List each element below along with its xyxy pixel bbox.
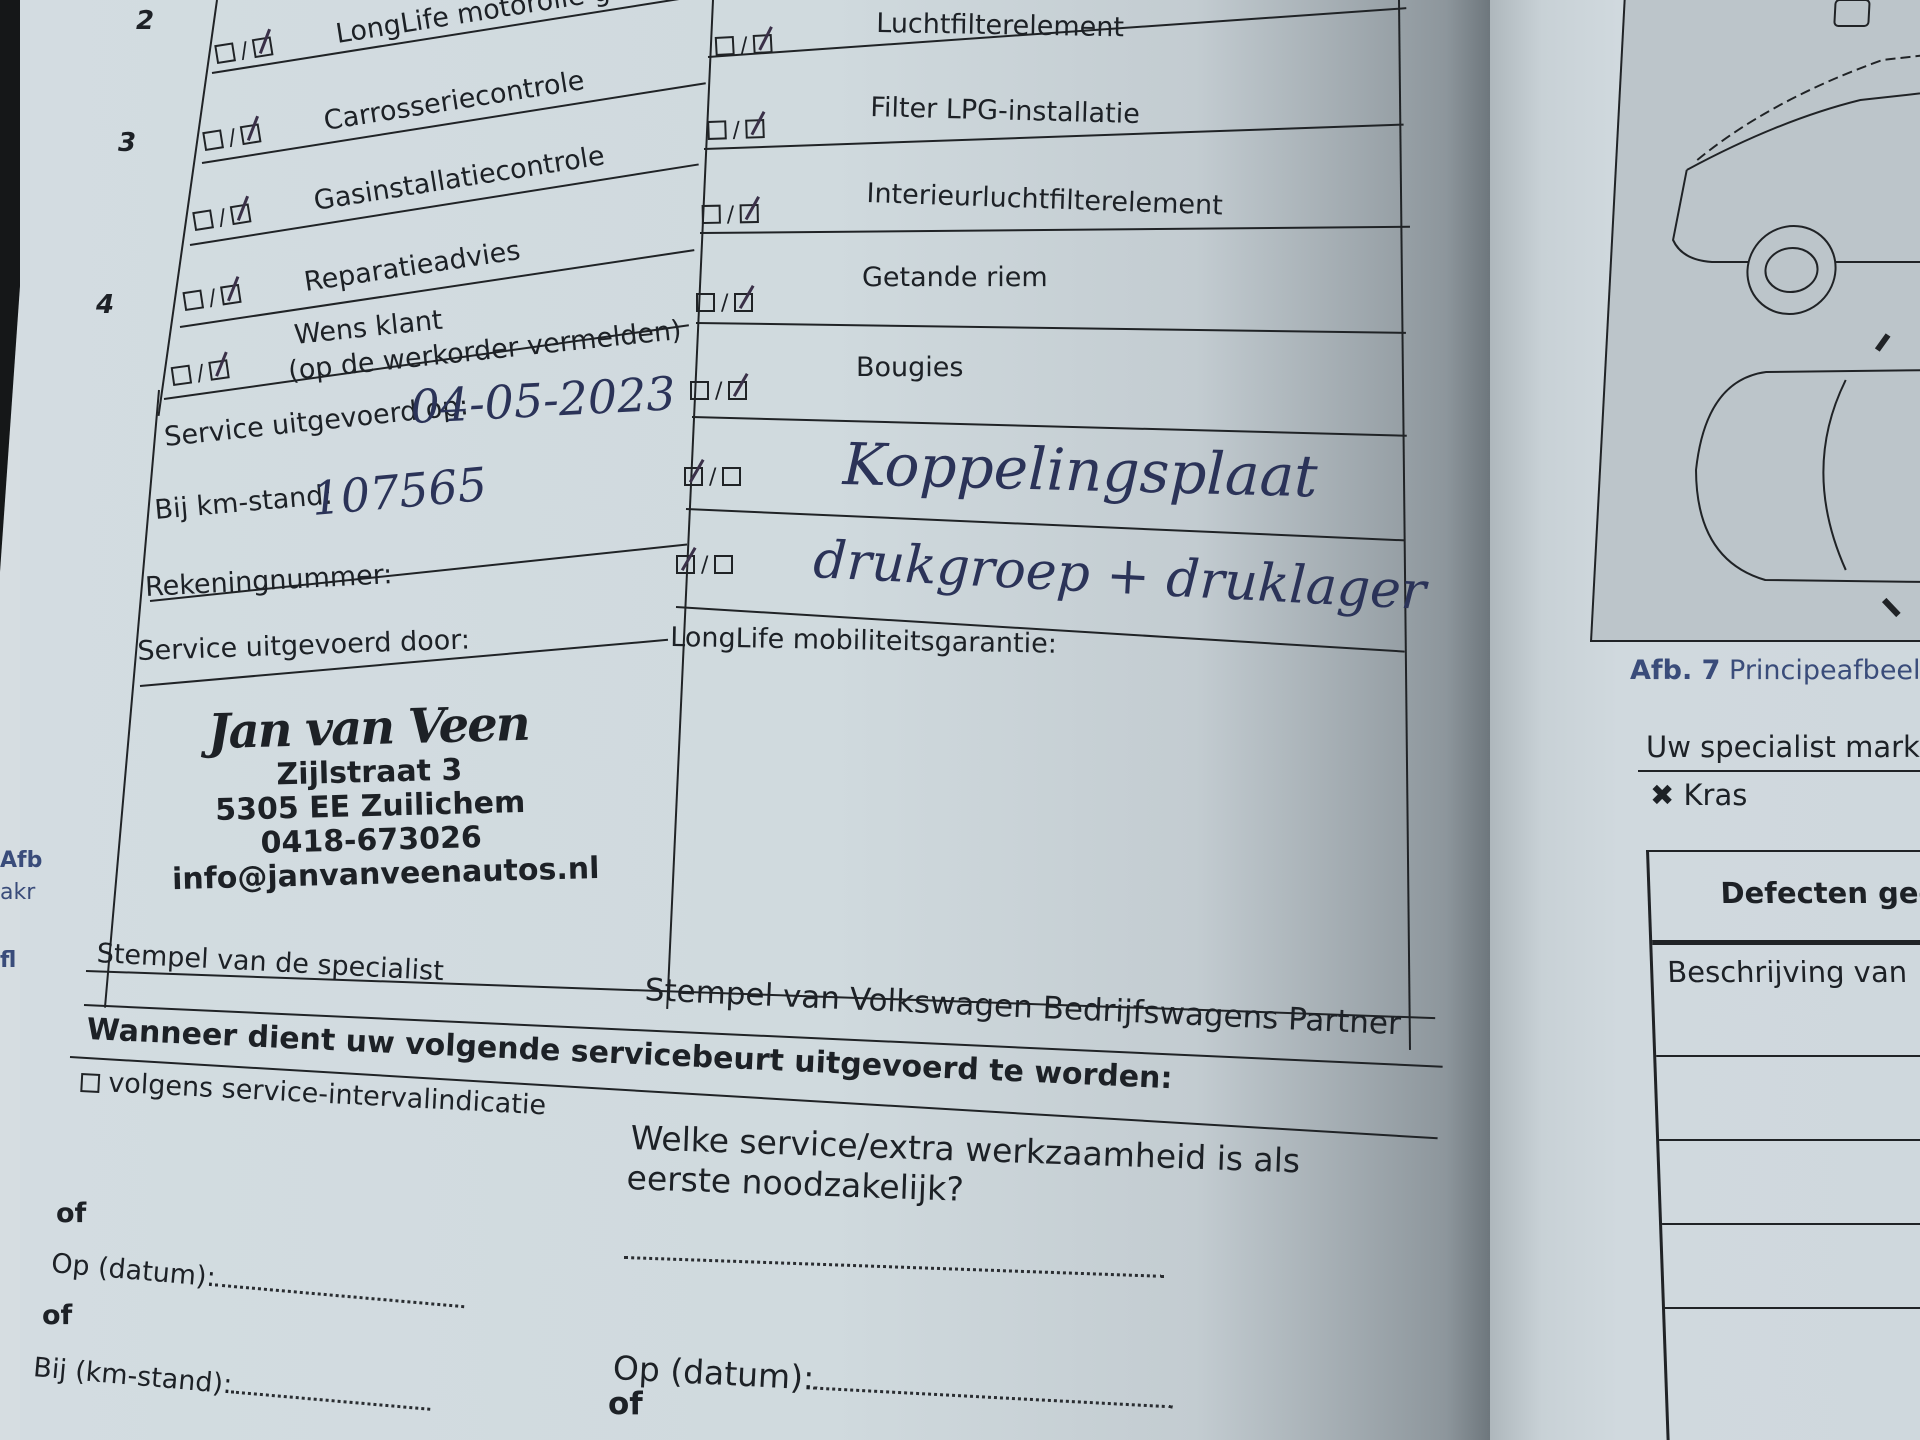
defects-header: Defecten geconstateerd	[1649, 852, 1920, 945]
checklist-item: /	[690, 374, 747, 405]
dealer-name: Jan van Veen	[168, 695, 569, 761]
checklist-label: Filter LPG-installatie	[870, 92, 1140, 130]
or-label: of	[42, 1300, 72, 1331]
checkbox[interactable]	[171, 365, 192, 386]
checklist-label: Interieurluchtfilterelement	[866, 178, 1223, 221]
checkbox-checked[interactable]	[740, 204, 759, 223]
checkbox[interactable]	[80, 1073, 100, 1093]
service-date-value[interactable]: 04-05-2023	[409, 366, 677, 434]
description-header: Beschrijving van	[1652, 945, 1920, 1057]
checkbox[interactable]	[202, 129, 224, 151]
defects-table: Defecten geconstateerd Beschrijving van	[1646, 850, 1920, 1440]
next-km-field[interactable]: Bij (km-stand):	[32, 1352, 433, 1418]
legend-scratch: ✖ Kras	[1650, 778, 1747, 812]
checkbox-checked[interactable]	[209, 359, 230, 380]
checkbox[interactable]	[707, 120, 727, 140]
checklist-item: /	[707, 112, 765, 145]
checklist-label: Luchtfilterelement	[876, 8, 1124, 43]
car-diagram	[1590, 0, 1920, 642]
km-label: Bij km-stand:	[153, 480, 333, 526]
cross-icon: ✖	[1650, 778, 1674, 812]
checkbox[interactable]	[702, 205, 721, 224]
interval-option: volgens service-intervalindicatie	[80, 1066, 547, 1121]
km-value[interactable]: 107565	[309, 457, 489, 526]
defects-row[interactable]	[1662, 1225, 1920, 1309]
checkbox-checked[interactable]	[728, 381, 747, 400]
question-answer-field[interactable]	[624, 1244, 1164, 1282]
checkbox-checked[interactable]	[746, 119, 766, 139]
checkbox-checked[interactable]	[684, 467, 703, 486]
specialist-marks-label: Uw specialist markeert	[1646, 730, 1920, 764]
or-label: of	[56, 1198, 86, 1229]
checkbox-checked[interactable]	[230, 203, 252, 225]
checkbox-checked[interactable]	[676, 555, 695, 574]
next-date-field[interactable]: Op (datum):	[50, 1248, 466, 1315]
defects-row[interactable]	[1659, 1141, 1920, 1225]
checklist-item: /	[714, 27, 773, 61]
mobility-guarantee-label: LongLife mobiliteitsgarantie:	[670, 622, 1057, 660]
checkbox[interactable]	[715, 36, 735, 56]
checklist-item: /	[676, 548, 733, 579]
checklist-item: /	[701, 197, 759, 229]
dealer-stamp: Jan van Veen Zijlstraat 3 5305 EE Zuilic…	[168, 695, 573, 897]
checklist-item: /	[170, 352, 231, 391]
invoice-label: Rekeningnummer:	[144, 559, 393, 603]
handwritten-item[interactable]: drukgroep + druklager	[812, 530, 1427, 622]
checkbox[interactable]	[192, 209, 214, 231]
checkbox[interactable]	[722, 467, 741, 486]
checklist-label: Bougies	[856, 352, 963, 383]
checklist-item: /	[684, 460, 741, 491]
checkbox-checked[interactable]	[240, 123, 262, 145]
checkbox-checked[interactable]	[252, 36, 274, 58]
checkbox[interactable]	[714, 555, 733, 574]
checklist-label: Getande riem	[862, 262, 1048, 293]
specialist-stamp-label: Stempel van de specialist	[96, 938, 445, 987]
checkbox-checked[interactable]	[220, 284, 242, 306]
checkbox[interactable]	[214, 42, 236, 64]
figure-caption: Afb. 7 Principeafbeelding	[1630, 655, 1920, 686]
car-outline-icon	[1592, 0, 1920, 640]
checkbox[interactable]	[182, 289, 204, 311]
right-date-field[interactable]: Op (datum):	[612, 1348, 1175, 1416]
checklist-item: /	[696, 286, 753, 317]
checklist-item: / Reparatieadvies	[181, 235, 522, 316]
defects-row[interactable]	[1656, 1057, 1920, 1141]
checkbox-checked[interactable]	[753, 34, 773, 54]
checkbox-checked[interactable]	[734, 293, 753, 312]
checkbox[interactable]	[690, 381, 709, 400]
partner-stamp-label: Stempel van Volkswagen Bedrijfswagens Pa…	[644, 972, 1402, 1042]
checkbox[interactable]	[696, 293, 715, 312]
or-label: of	[608, 1386, 643, 1422]
handwritten-item[interactable]: Koppelingsplaat	[842, 430, 1318, 510]
